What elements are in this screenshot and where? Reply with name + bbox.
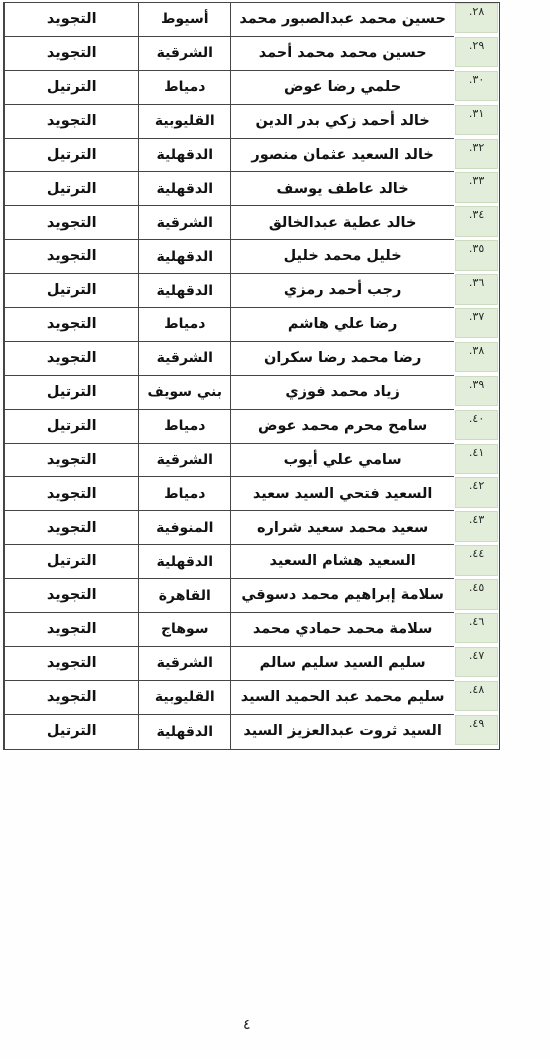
- row-number-cell: ٣٣.: [454, 172, 499, 206]
- table-row: التجويدأسيوطحسين محمد عبدالصبور محمد٢٨.: [4, 3, 499, 37]
- name-cell: خالد السعيد عثمان منصور: [230, 139, 454, 173]
- name-cell: سامي علي أيوب: [230, 444, 454, 478]
- row-number: ٣٥.: [455, 240, 498, 270]
- governorate-cell: الدقهلية: [138, 240, 230, 274]
- table-row: التجويدالشرقيةخالد عطية عبدالخالق٣٤.: [4, 206, 499, 240]
- category-cell: الترتيل: [4, 71, 138, 105]
- governorate-cell: الشرقية: [138, 37, 230, 71]
- row-number: ٣٤.: [455, 206, 498, 236]
- name-cell: حسين محمد عبدالصبور محمد: [230, 3, 454, 37]
- row-number: ٤٧.: [455, 647, 498, 677]
- row-number-cell: ٣٥.: [454, 240, 499, 274]
- table-row: الترتيلالدقهليةرجب أحمد رمزي٣٦.: [4, 274, 499, 308]
- row-number-cell: ٣١.: [454, 105, 499, 139]
- governorate-cell: دمياط: [138, 71, 230, 105]
- category-cell: التجويد: [4, 105, 138, 139]
- row-number: ٤٢.: [455, 477, 498, 507]
- table-row: التجويدالقليوبيةسليم محمد عبد الحميد الس…: [4, 681, 499, 715]
- document-page: التجويدأسيوطحسين محمد عبدالصبور محمد٢٨.ا…: [0, 0, 550, 1059]
- category-cell: الترتيل: [4, 274, 138, 308]
- row-number: ٣٦.: [455, 274, 498, 304]
- category-cell: التجويد: [4, 579, 138, 613]
- table-row: التجويدالقاهرةسلامة إبراهيم محمد دسوقي٤٥…: [4, 579, 499, 613]
- table-row: التجويدالشرقيةحسين محمد محمد أحمد٢٩.: [4, 37, 499, 71]
- category-cell: التجويد: [4, 308, 138, 342]
- category-cell: التجويد: [4, 681, 138, 715]
- row-number: ٤٨.: [455, 681, 498, 711]
- row-number: ٣٣.: [455, 172, 498, 202]
- row-number-cell: ٤٢.: [454, 477, 499, 511]
- category-cell: الترتيل: [4, 172, 138, 206]
- name-cell: خالد عطية عبدالخالق: [230, 206, 454, 240]
- row-number-cell: ٢٨.: [454, 3, 499, 37]
- name-cell: خالد أحمد زكي بدر الدين: [230, 105, 454, 139]
- row-number-cell: ٣٦.: [454, 274, 499, 308]
- row-number-cell: ٤٦.: [454, 613, 499, 647]
- row-number-cell: ٤٥.: [454, 579, 499, 613]
- name-cell: سلامة محمد حمادي محمد: [230, 613, 454, 647]
- table-row: التجويدالشرقيةرضا محمد رضا سكران٣٨.: [4, 342, 499, 376]
- category-cell: التجويد: [4, 240, 138, 274]
- category-cell: الترتيل: [4, 139, 138, 173]
- table-row: التجويددمياطرضا علي هاشم٣٧.: [4, 308, 499, 342]
- governorate-cell: القليوبية: [138, 105, 230, 139]
- name-cell: حسين محمد محمد أحمد: [230, 37, 454, 71]
- table-row: الترتيلدمياطسامح محرم محمد عوض٤٠.: [4, 410, 499, 444]
- name-cell: رضا محمد رضا سكران: [230, 342, 454, 376]
- row-number: ٤٩.: [455, 715, 498, 745]
- governorate-cell: دمياط: [138, 477, 230, 511]
- row-number: ٤٤.: [455, 545, 498, 575]
- category-cell: الترتيل: [4, 715, 138, 749]
- governorate-cell: دمياط: [138, 410, 230, 444]
- row-number-cell: ٣٢.: [454, 139, 499, 173]
- governorate-cell: القليوبية: [138, 681, 230, 715]
- table-row: الترتيلالدقهليةخالد عاطف يوسف٣٣.: [4, 172, 499, 206]
- governorate-cell: الشرقية: [138, 647, 230, 681]
- category-cell: التجويد: [4, 206, 138, 240]
- row-number: ٣٧.: [455, 308, 498, 338]
- governorate-cell: المنوفية: [138, 511, 230, 545]
- row-number-cell: ٤٨.: [454, 681, 499, 715]
- name-cell: رضا علي هاشم: [230, 308, 454, 342]
- name-cell: السيد ثروت عبدالعزيز السيد: [230, 715, 454, 749]
- row-number: ٤٥.: [455, 579, 498, 609]
- table-row: الترتيلبني سويفزياد محمد فوزي٣٩.: [4, 376, 499, 410]
- name-cell: سليم السيد سليم سالم: [230, 647, 454, 681]
- category-cell: الترتيل: [4, 410, 138, 444]
- row-number-cell: ٤٤.: [454, 545, 499, 579]
- governorate-cell: أسيوط: [138, 3, 230, 37]
- page-number: ٤: [243, 1017, 251, 1033]
- row-number-cell: ٣٠.: [454, 71, 499, 105]
- category-cell: التجويد: [4, 477, 138, 511]
- row-number-cell: ٤١.: [454, 444, 499, 478]
- row-number-cell: ٤٠.: [454, 410, 499, 444]
- category-cell: التجويد: [4, 37, 138, 71]
- row-number: ٢٩.: [455, 37, 498, 67]
- category-cell: التجويد: [4, 444, 138, 478]
- category-cell: الترتيل: [4, 376, 138, 410]
- governorate-cell: الدقهلية: [138, 274, 230, 308]
- governorate-cell: سوهاج: [138, 613, 230, 647]
- category-cell: التجويد: [4, 613, 138, 647]
- name-cell: خالد عاطف يوسف: [230, 172, 454, 206]
- table-row: التجويدالمنوفيةسعيد محمد سعيد شراره٤٣.: [4, 511, 499, 545]
- name-cell: السعيد فتحي السيد سعيد: [230, 477, 454, 511]
- row-number: ٤٣.: [455, 511, 498, 541]
- table-row: الترتيلالدقهليةالسيد ثروت عبدالعزيز السي…: [4, 715, 499, 749]
- table-row: التجويدالشرقيةسليم السيد سليم سالم٤٧.: [4, 647, 499, 681]
- name-cell: خليل محمد خليل: [230, 240, 454, 274]
- row-number: ٢٨.: [455, 3, 498, 33]
- table-row: الترتيلدمياطحلمي رضا عوض٣٠.: [4, 71, 499, 105]
- row-number-cell: ٢٩.: [454, 37, 499, 71]
- row-number: ٣٨.: [455, 342, 498, 372]
- name-cell: سليم محمد عبد الحميد السيد: [230, 681, 454, 715]
- row-number: ٣٩.: [455, 376, 498, 406]
- governorate-cell: الشرقية: [138, 206, 230, 240]
- name-cell: زياد محمد فوزي: [230, 376, 454, 410]
- row-number: ٤١.: [455, 444, 498, 474]
- category-cell: التجويد: [4, 511, 138, 545]
- reciters-roster-table: التجويدأسيوطحسين محمد عبدالصبور محمد٢٨.ا…: [3, 2, 500, 750]
- row-number: ٣١.: [455, 105, 498, 135]
- category-cell: التجويد: [4, 647, 138, 681]
- table-row: التجويدسوهاجسلامة محمد حمادي محمد٤٦.: [4, 613, 499, 647]
- row-number-cell: ٤٧.: [454, 647, 499, 681]
- table-row: الترتيلالدقهليةخالد السعيد عثمان منصور٣٢…: [4, 139, 499, 173]
- governorate-cell: القاهرة: [138, 579, 230, 613]
- row-number: ٤٦.: [455, 613, 498, 643]
- row-number-cell: ٣٨.: [454, 342, 499, 376]
- table-row: التجويدالدقهليةخليل محمد خليل٣٥.: [4, 240, 499, 274]
- table-row: التجويددمياطالسعيد فتحي السيد سعيد٤٢.: [4, 477, 499, 511]
- name-cell: رجب أحمد رمزي: [230, 274, 454, 308]
- row-number: ٤٠.: [455, 410, 498, 440]
- name-cell: سعيد محمد سعيد شراره: [230, 511, 454, 545]
- governorate-cell: الدقهلية: [138, 545, 230, 579]
- row-number: ٣٠.: [455, 71, 498, 101]
- row-number-cell: ٤٣.: [454, 511, 499, 545]
- name-cell: سامح محرم محمد عوض: [230, 410, 454, 444]
- row-number-cell: ٣٤.: [454, 206, 499, 240]
- row-number-cell: ٣٩.: [454, 376, 499, 410]
- table-row: الترتيلالدقهليةالسعيد هشام السعيد٤٤.: [4, 545, 499, 579]
- category-cell: التجويد: [4, 3, 138, 37]
- governorate-cell: الشرقية: [138, 444, 230, 478]
- category-cell: الترتيل: [4, 545, 138, 579]
- governorate-cell: الدقهلية: [138, 172, 230, 206]
- governorate-cell: الشرقية: [138, 342, 230, 376]
- table-row: التجويدالقليوبيةخالد أحمد زكي بدر الدين٣…: [4, 105, 499, 139]
- name-cell: سلامة إبراهيم محمد دسوقي: [230, 579, 454, 613]
- governorate-cell: الدقهلية: [138, 715, 230, 749]
- governorate-cell: دمياط: [138, 308, 230, 342]
- row-number-cell: ٣٧.: [454, 308, 499, 342]
- row-number: ٣٢.: [455, 139, 498, 169]
- governorate-cell: بني سويف: [138, 376, 230, 410]
- name-cell: حلمي رضا عوض: [230, 71, 454, 105]
- row-number-cell: ٤٩.: [454, 715, 499, 749]
- name-cell: السعيد هشام السعيد: [230, 545, 454, 579]
- table-row: التجويدالشرقيةسامي علي أيوب٤١.: [4, 444, 499, 478]
- category-cell: التجويد: [4, 342, 138, 376]
- governorate-cell: الدقهلية: [138, 139, 230, 173]
